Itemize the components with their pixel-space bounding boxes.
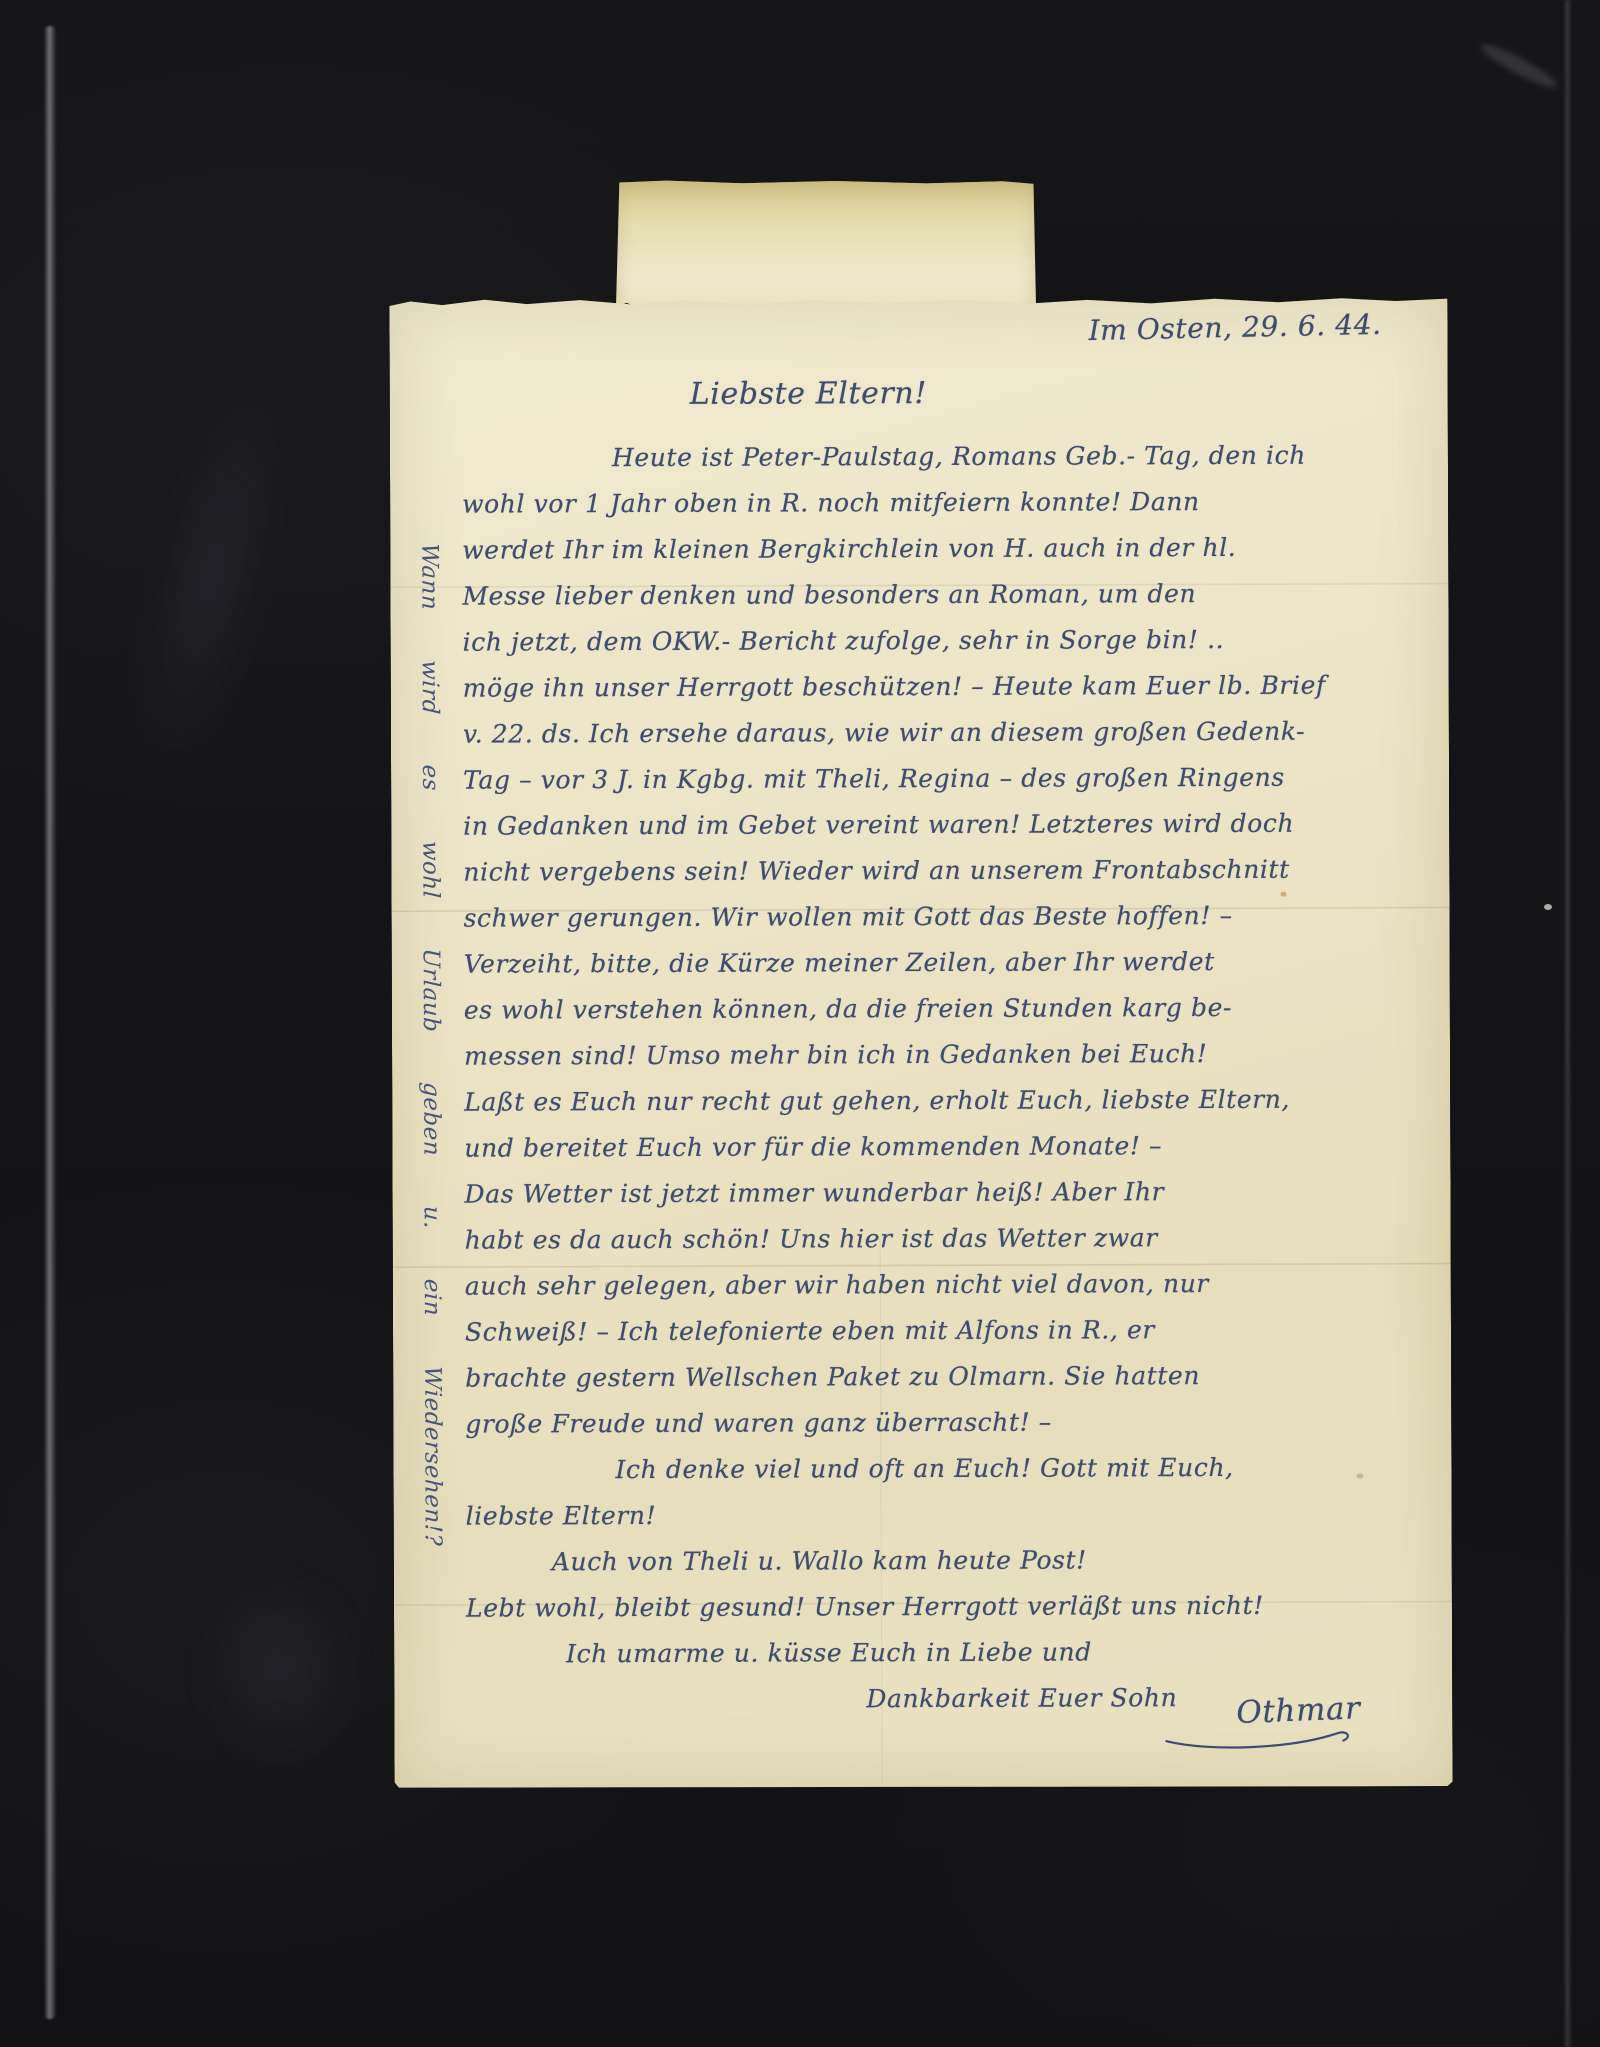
letter-line: ich jetzt, dem OKW.- Bericht zufolge, se… xyxy=(463,616,1407,665)
letter-body: Heute ist Peter-Paulstag, Romans Geb.- T… xyxy=(462,432,1410,1723)
margin-note: Wann wird es wohl Urlaub geben u. ein Wi… xyxy=(416,543,446,1554)
letter-line: schwer gerungen. Wir wollen mit Gott das… xyxy=(463,892,1407,941)
letter-line: v. 22. ds. Ich ersehe daraus, wie wir an… xyxy=(463,708,1407,757)
sleeve-glare xyxy=(55,287,365,874)
letter-line: messen sind! Umso mehr bin ich in Gedank… xyxy=(464,1030,1408,1079)
letter-line: liebste Eltern! xyxy=(466,1490,1410,1539)
letter-line: nicht vergebens sein! Wieder wird an uns… xyxy=(463,846,1407,895)
letter-paper: Im Osten, 29. 6. 44. Liebste Eltern! Heu… xyxy=(389,294,1452,1790)
letter-date: Im Osten, 29. 6. 44. xyxy=(1088,308,1382,347)
letter-line: und bereitet Euch vor für die kommenden … xyxy=(464,1122,1408,1171)
letter-line: habt es da auch schön! Uns hier ist das … xyxy=(465,1214,1409,1263)
album-photo: Im Osten, 29. 6. 44. Liebste Eltern! Heu… xyxy=(0,0,1600,2047)
tape-residue xyxy=(616,180,1036,224)
letter-line: Heute ist Peter-Paulstag, Romans Geb.- T… xyxy=(462,432,1406,481)
letter-line: Verzeiht, bitte, die Kürze meiner Zeilen… xyxy=(464,938,1408,987)
signature-row: Othmar xyxy=(1160,1692,1360,1755)
letter-paper-tab xyxy=(616,180,1036,308)
letter-line: es wohl verstehen können, da die freien … xyxy=(464,984,1408,1033)
signature: Othmar xyxy=(1236,1690,1361,1731)
letter-line: Das Wetter ist jetzt immer wunderbar hei… xyxy=(464,1168,1408,1217)
letter-line: brachte gestern Wellschen Paket zu Olmar… xyxy=(465,1352,1409,1401)
letter-line: auch sehr gelegen, aber wir haben nicht … xyxy=(465,1260,1409,1309)
letter-line: große Freude und waren ganz überrascht! … xyxy=(465,1398,1409,1447)
letter-line: Lebt wohl, bleibt gesund! Unser Herrgott… xyxy=(466,1582,1410,1631)
letter-line: Schweiß! – Ich telefonierte eben mit Alf… xyxy=(465,1306,1409,1355)
letter-line: möge ihn unser Herrgott beschützen! – He… xyxy=(463,662,1407,711)
plastic-sleeve-edge-left xyxy=(44,26,56,2019)
letter-line: Tag – vor 3 J. in Kgbg. mit Theli, Regin… xyxy=(463,754,1407,803)
letter-line: wohl vor 1 Jahr oben in R. noch mitfeier… xyxy=(462,478,1406,527)
letter-line: werdet Ihr im kleinen Bergkirchlein von … xyxy=(462,524,1406,573)
letter-line: in Gedanken und im Gebet vereint waren! … xyxy=(463,800,1407,849)
letter-line: Auch von Theli u. Wallo kam heute Post! xyxy=(466,1536,1410,1585)
sleeve-glare xyxy=(150,1520,410,1820)
letter-line: Messe lieber denken und besonders an Rom… xyxy=(462,570,1406,619)
letter-salutation: Liebste Eltern! xyxy=(690,376,927,412)
letter-line: Ich umarme u. küsse Euch in Liebe und xyxy=(466,1628,1410,1677)
letter-line: Laßt es Euch nur recht gut gehen, erholt… xyxy=(464,1076,1408,1125)
dust-speck xyxy=(1544,904,1552,910)
sleeve-glare xyxy=(1477,39,1560,94)
plastic-sleeve-edge-right xyxy=(1563,0,1572,2047)
letter-line: Ich denke viel und oft an Euch! Gott mit… xyxy=(465,1444,1409,1493)
